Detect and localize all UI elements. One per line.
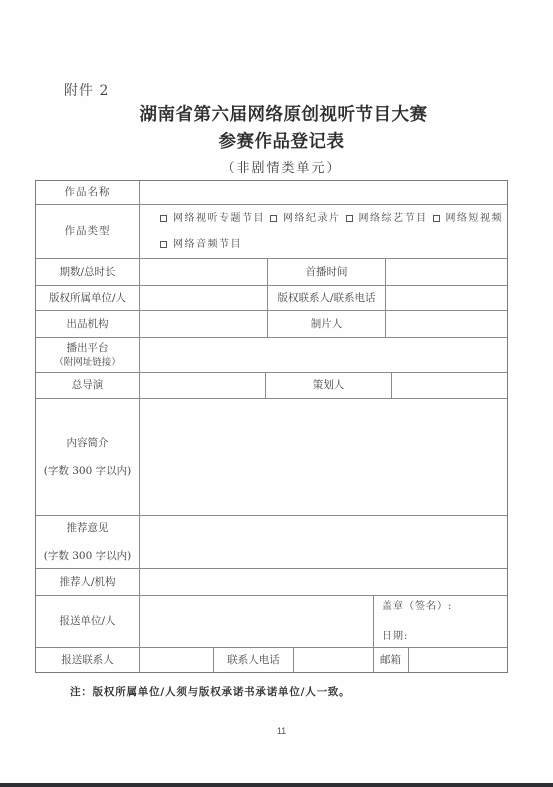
checkbox-icon[interactable] xyxy=(346,215,353,222)
synopsis-label: 内容简介 (字数 300 字以内) xyxy=(36,399,140,516)
work-type-option-documentary[interactable]: 网络纪录片 xyxy=(270,212,341,226)
premiere-time-label-text: 首播时间 xyxy=(306,265,348,279)
producer-org-label: 出品机构 xyxy=(36,311,140,338)
copyright-owner-field[interactable] xyxy=(140,286,268,311)
contact-phone-label-text: 联系人电话 xyxy=(227,653,280,667)
copyright-contact-label-text: 版权联系人/联系电话 xyxy=(277,291,375,305)
document-title: 湖南省第六届网络原创视听节目大赛 xyxy=(0,101,553,126)
planner-label-text: 策划人 xyxy=(313,378,345,392)
submit-contact-label: 报送联系人 xyxy=(36,648,140,672)
submitting-unit-label-text: 报送单位/人 xyxy=(59,614,115,628)
episodes-duration-label-text: 期数/总时长 xyxy=(59,265,115,279)
chief-director-field[interactable] xyxy=(140,373,266,399)
work-type-option-audio[interactable]: 网络音频节目 xyxy=(160,238,242,252)
work-type-label: 作品类型 xyxy=(36,205,140,259)
episodes-duration-label: 期数/总时长 xyxy=(36,259,140,286)
producer-org-label-text: 出品机构 xyxy=(67,317,109,331)
recommendation-label: 推荐意见 (字数 300 字以内) xyxy=(36,516,140,569)
platform-label-text: 播出平台 xyxy=(66,341,108,355)
footnote: 注：版权所属单位/人须与版权承诺书承诺单位/人一致。 xyxy=(70,684,350,699)
producer-label: 制片人 xyxy=(268,311,386,338)
email-field[interactable] xyxy=(409,648,507,672)
synopsis-field[interactable] xyxy=(140,399,507,516)
recommendation-sublabel: (字数 300 字以内) xyxy=(44,549,131,563)
option-label: 网络视听专题节目 xyxy=(173,212,265,226)
copyright-contact-label: 版权联系人/联系电话 xyxy=(268,286,386,311)
work-type-option-short-video[interactable]: 网络短视频 xyxy=(433,212,504,226)
submitting-unit-label: 报送单位/人 xyxy=(36,596,140,648)
copyright-owner-label-text: 版权所属单位/人 xyxy=(49,291,126,305)
work-name-field[interactable] xyxy=(140,181,507,205)
seal-signature-label: 盖章（签名）: xyxy=(382,600,452,614)
platform-sublabel: （附网址链接） xyxy=(54,357,121,370)
document-page: 附件 2 湖南省第六届网络原创视听节目大赛 参赛作品登记表 （非剧情类单元） 作… xyxy=(0,0,553,783)
document-subtitle: （非剧情类单元） xyxy=(0,157,553,176)
platform-label: 播出平台 （附网址链接） xyxy=(36,338,140,373)
bottom-edge xyxy=(0,783,553,787)
premiere-time-label: 首播时间 xyxy=(268,259,386,286)
option-label: 网络音频节目 xyxy=(173,238,242,252)
copyright-owner-label: 版权所属单位/人 xyxy=(36,286,140,311)
recommendation-field[interactable] xyxy=(140,516,507,569)
work-type-label-text: 作品类型 xyxy=(65,224,111,238)
recommender-label-text: 推荐人/机构 xyxy=(59,575,115,589)
recommendation-label-text: 推荐意见 xyxy=(66,521,108,535)
submit-contact-field[interactable] xyxy=(140,648,214,672)
work-type-row-1: 网络视听专题节目 网络纪录片 网络综艺节目 网络短视频 xyxy=(160,212,508,226)
option-label: 网络短视频 xyxy=(446,212,504,226)
option-label: 网络综艺节目 xyxy=(359,212,428,226)
page-number: 11 xyxy=(0,726,553,736)
submit-contact-label-text: 报送联系人 xyxy=(61,653,114,667)
option-label: 网络纪录片 xyxy=(283,212,341,226)
checkbox-icon[interactable] xyxy=(160,215,167,222)
copyright-contact-field[interactable] xyxy=(386,286,507,311)
email-label-text: 邮箱 xyxy=(380,653,401,667)
contact-phone-field[interactable] xyxy=(294,648,374,672)
submitting-unit-field[interactable] xyxy=(140,596,374,648)
planner-label: 策划人 xyxy=(266,373,392,399)
registration-form-table: 作品名称 作品类型 网络视听专题节目 网络纪录片 网络综艺节目 xyxy=(35,180,508,673)
contact-phone-label: 联系人电话 xyxy=(214,648,294,672)
recommender-label: 推荐人/机构 xyxy=(36,569,140,596)
producer-label-text: 制片人 xyxy=(311,317,343,331)
checkbox-icon[interactable] xyxy=(160,241,167,248)
attachment-label: 附件 2 xyxy=(64,80,109,100)
platform-field[interactable] xyxy=(140,338,507,373)
checkbox-icon[interactable] xyxy=(433,215,440,222)
work-name-label: 作品名称 xyxy=(36,181,140,205)
chief-director-label: 总导演 xyxy=(36,373,140,399)
premiere-time-field[interactable] xyxy=(386,259,507,286)
document-title-line2: 参赛作品登记表 xyxy=(0,128,553,153)
producer-org-field[interactable] xyxy=(140,311,268,338)
work-name-label-text: 作品名称 xyxy=(65,185,111,199)
synopsis-sublabel: (字数 300 字以内) xyxy=(44,464,131,478)
work-type-option-special[interactable]: 网络视听专题节目 xyxy=(160,212,265,226)
seal-signature-block[interactable]: 盖章（签名）: 日期: xyxy=(374,596,507,648)
checkbox-icon[interactable] xyxy=(270,215,277,222)
planner-field[interactable] xyxy=(392,373,507,399)
work-type-options: 网络视听专题节目 网络纪录片 网络综艺节目 网络短视频 网络 xyxy=(140,205,507,259)
episodes-duration-field[interactable] xyxy=(140,259,268,286)
email-label: 邮箱 xyxy=(374,648,409,672)
producer-field[interactable] xyxy=(386,311,507,338)
synopsis-label-text: 内容简介 xyxy=(66,436,108,450)
work-type-option-variety[interactable]: 网络综艺节目 xyxy=(346,212,428,226)
date-label: 日期: xyxy=(382,630,408,644)
chief-director-label-text: 总导演 xyxy=(72,378,104,392)
recommender-field[interactable] xyxy=(140,569,507,596)
work-type-row-2: 网络音频节目 xyxy=(160,238,247,252)
